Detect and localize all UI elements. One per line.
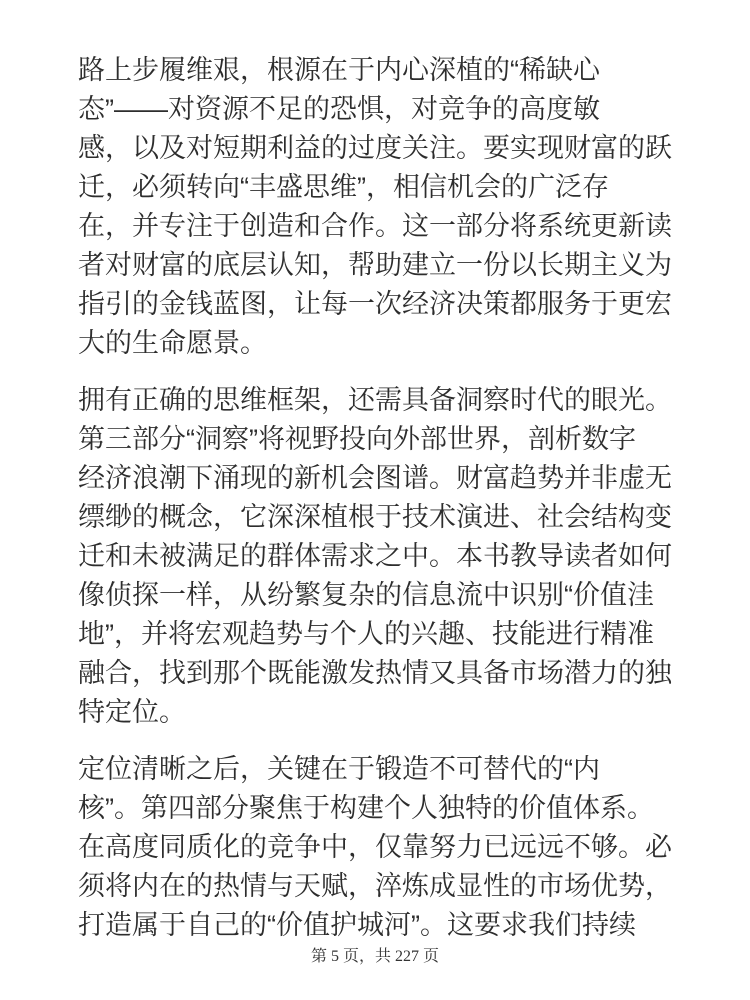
document-body-text: 路上步履维艰，根源在于内心深植的“稀缺心 态”——对资源不足的恐惧，对竞争的高度… xyxy=(78,51,682,963)
page-number-indicator: 第 5 页，共 227 页 xyxy=(311,948,439,965)
document-page: 路上步履维艰，根源在于内心深植的“稀缺心 态”——对资源不足的恐惧，对竞争的高度… xyxy=(0,0,750,1000)
body-paragraph-2: 拥有正确的思维框架，还需具备洞察时代的眼光。 第三部分“洞察”将视野投向外部世界… xyxy=(78,381,682,732)
body-paragraph-1: 路上步履维艰，根源在于内心深植的“稀缺心 态”——对资源不足的恐惧，对竞争的高度… xyxy=(78,51,682,363)
body-paragraph-3: 定位清晰之后，关键在于锻造不可替代的“内 核”。第四部分聚焦于构建个人独特的价值… xyxy=(78,750,682,945)
page-footer: 第 5 页，共 227 页 xyxy=(0,946,750,968)
